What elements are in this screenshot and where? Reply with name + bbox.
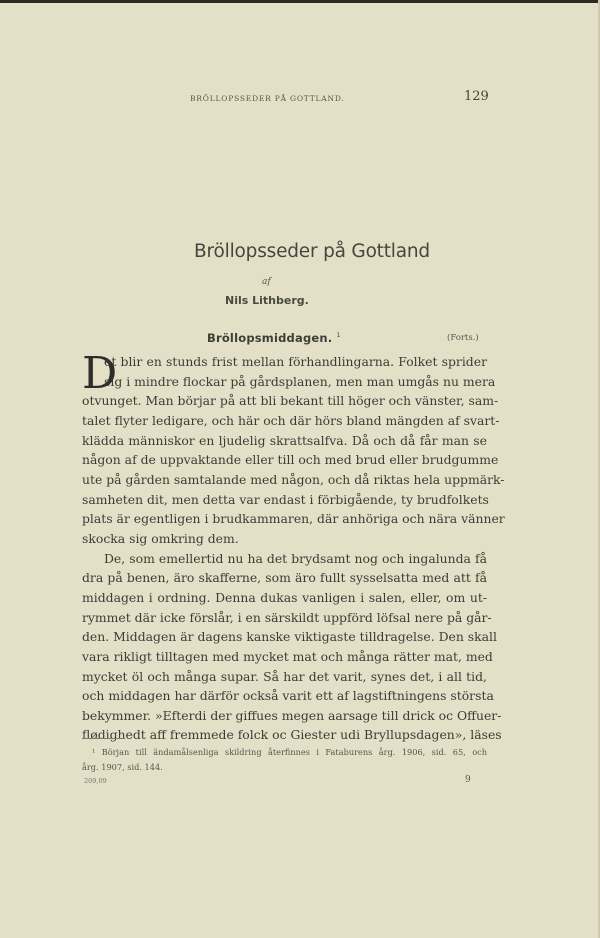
body-line: någon af de uppvaktande eller till och m… [82,450,487,470]
body-line: skocka sig omkring dem. [82,529,487,549]
author-name: Nils Lithberg. [225,294,309,307]
body-line: den. Middagen är dagens kanske viktigast… [82,627,487,647]
body-line: klädda människor en ljudelig skrattsalfv… [82,431,487,451]
continuation-note: (Forts.) [447,333,479,343]
body-line: middagen i ordning. Denna dukas vanligen… [82,588,487,608]
body-line: flødighedt aff fremmede folck oc Giester… [82,725,487,745]
footnote: ¹ Början till ändamålsenliga skildring å… [82,745,487,775]
body-text: et blir en stunds frist mellan förhandli… [82,352,487,745]
scan-top-edge [0,0,600,3]
section-heading-text: Bröllopsmiddagen. [207,331,332,345]
footnote-divider [82,738,124,739]
byline-prefix: af [262,277,271,287]
body-line: samheten dit, men detta var endast i för… [82,490,487,510]
body-line: dra på benen, äro skafferne, som äro ful… [82,568,487,588]
body-line: ute på gården samtalande med någon, och … [82,470,487,490]
body-line: vara rikligt tilltagen med mycket mat oc… [82,647,487,667]
body-line: De, som emellertid nu ha det brydsamt no… [82,549,487,569]
running-head: BRÖLLOPSSEDER PÅ GOTTLAND. [190,94,345,103]
section-heading: Bröllopsmiddagen. 1 [207,331,341,345]
body-line: plats är egentligen i brudkammaren, där … [82,509,487,529]
body-line: sig i mindre flockar på gårdsplanen, men… [82,372,487,392]
footnote-reference: 1 [337,332,341,339]
body-line: och middagen har därför också varit ett … [82,686,487,706]
printer-signature-mark: 209,09 [84,777,107,785]
body-line: bekymmer. »Efterdi der giffues megen aar… [82,706,487,726]
footnote-line: årg. 1907, sid. 144. [82,760,487,775]
footnote-line: ¹ Början till ändamålsenliga skildring å… [82,745,487,760]
body-line: talet flyter ledigare, och här och där h… [82,411,487,431]
article-title: Bröllopsseder på Gottland [0,241,600,262]
page-number: 129 [464,89,489,104]
sheet-number: 9 [465,775,471,785]
body-line: mycket öl och många supar. Så har det va… [82,667,487,687]
body-line: rymmet där icke förslår, i en särskildt … [82,608,487,628]
body-line: et blir en stunds frist mellan förhandli… [82,352,487,372]
body-line: otvunget. Man börjar på att bli bekant t… [82,391,487,411]
